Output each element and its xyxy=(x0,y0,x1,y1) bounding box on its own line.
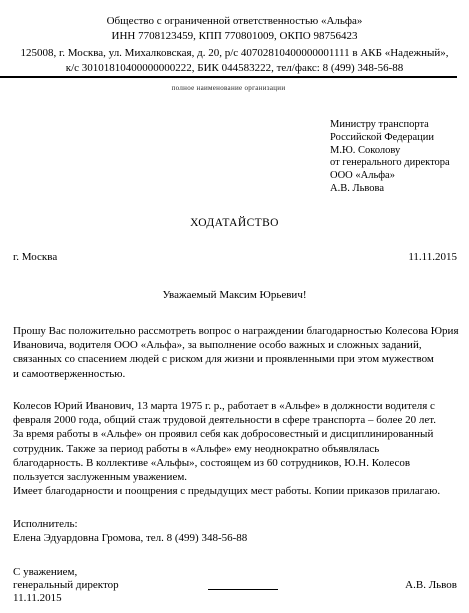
document-date: 11.11.2015 xyxy=(408,251,457,263)
executor-contact: Елена Эдуардовна Громова, тел. 8 (499) 3… xyxy=(13,532,247,546)
salutation: Уважаемый Максим Юрьевич! xyxy=(0,289,469,301)
signer-name: А.В. Львов xyxy=(405,579,457,591)
signature-line xyxy=(208,589,278,590)
closing-regards: С уважением, xyxy=(13,566,77,578)
org-name-caption: полное наименование организации xyxy=(0,84,457,92)
executor-label: Исполнитель: xyxy=(13,518,247,532)
petition-letter-document: Общество с ограниченной ответственностью… xyxy=(0,0,469,613)
signer-position: генеральный директор xyxy=(13,579,119,591)
org-name-header: Общество с ограниченной ответственностью… xyxy=(6,14,463,44)
signature-row: генеральный директор А.В. Львов xyxy=(13,579,457,594)
addressee-block: Министру транспорта Российской Федерации… xyxy=(330,119,450,196)
closing-date: 11.11.2015 xyxy=(13,592,62,604)
place-date-row: г. Москва 11.11.2015 xyxy=(13,251,457,263)
org-requisites-header: 125008, г. Москва, ул. Михалковская, д. … xyxy=(6,46,463,76)
body-paragraph-attachments: Имеет благодарности и поощрения с предыд… xyxy=(13,484,463,498)
document-title: ХОДАТАЙСТВО xyxy=(0,217,469,229)
body-paragraph-employee-details: Колесов Юрий Иванович, 13 марта 1975 г. … xyxy=(13,399,463,484)
body-paragraph-request: Прошу Вас положительно рассмотреть вопро… xyxy=(13,324,463,381)
place-of-issue: г. Москва xyxy=(13,251,57,263)
header-divider-line xyxy=(0,76,457,78)
executor-block: Исполнитель: Елена Эдуардовна Громова, т… xyxy=(13,518,247,546)
